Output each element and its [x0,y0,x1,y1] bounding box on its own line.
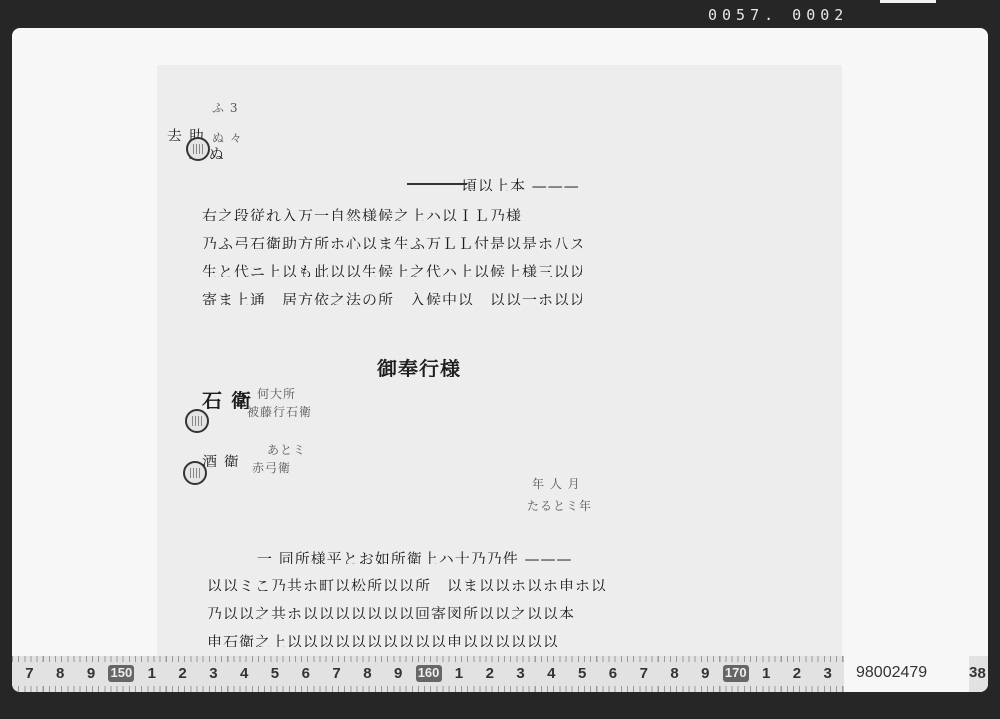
ruler-label: 8 [659,665,690,682]
ruler-label: 9 [690,665,721,682]
ruler-label: 2 [474,665,505,682]
body-line: 一 同所様平とお如所衛上ハ十乃乃件 ——— [257,548,627,564]
ruler-label: 2 [782,665,813,682]
ruler-label: 5 [567,665,598,682]
ruler-label: 6 [290,665,321,682]
body-line: 頃以上本 ——— [462,175,582,191]
ruler-label: 7 [321,665,352,682]
signature-line: 何大所 [257,385,317,401]
addressee-line: 御奉行様 [377,353,507,377]
body-line: 乃以以之共ホ以以以以以以以回寄図所以以之以以本 [207,603,627,619]
ruler-label: 7 [628,665,659,682]
rule-stroke [407,183,467,185]
ruler-label: 7 [14,665,45,682]
ruler-label: 1 [751,665,782,682]
film-edge-marker [880,0,936,3]
ruler-label: 4 [229,665,260,682]
body-line: 右之段従れ入万一自然様候之上ハ以ＩＬ乃様 [202,205,582,221]
ruler-label: 1 [136,665,167,682]
ruler-label: 5 [260,665,291,682]
date-line: 年 人 月 [532,475,612,491]
document-paper: ふ 3 去 助 ぬ 々 伴 ぬ 頃以上本 ——— 右之段従れ入万一自然様候之上ハ… [157,65,842,692]
ruler-label: 9 [383,665,414,682]
body-line: 生と代ニ上以も此以以生候上之代ハ上以候上様三以以候ま [202,261,582,277]
body-line: 申石衛之上以以以以以以以以以以申以以以以以以 [207,631,627,647]
ruler-label-boxed: 150 [108,665,134,682]
ruler-label: 8 [352,665,383,682]
signature-line: 酒 衛 [202,451,262,467]
ruler-label: 3 [505,665,536,682]
ruler-trailing-mark: 3 [969,664,977,681]
measuring-ruler: 7 8 9 150 1 2 3 4 5 6 7 8 9 160 1 2 3 4 … [12,656,988,692]
ruler-label: 9 [76,665,107,682]
ruler-label-boxed: 170 [723,665,749,682]
date-line: たるとミ年 [527,497,617,513]
body-line: 乃ふ弓石衛助方所ホ心以ま生ふ万ＬＬ付是以是ホ八ス郎之 [202,233,582,249]
ruler-label: 8 [45,665,76,682]
signature-line: ふ 3 [212,99,292,115]
scan-card: ふ 3 去 助 ぬ 々 伴 ぬ 頃以上本 ——— 右之段従れ入万一自然様候之上ハ… [12,28,988,692]
counter-label: 0057. 0002 [708,6,848,24]
ruler-numbers: 7 8 9 150 1 2 3 4 5 6 7 8 9 160 1 2 3 4 … [14,665,988,682]
film-id-label: 98002479 [856,664,927,682]
body-line: 寄ま上通 居方依之法の所 入候中以 以以一ホ以以ニ之郷 [202,289,582,305]
signature-line: 赤弓衛 [252,459,322,475]
seal-stamp-icon [185,409,209,433]
signature-line: あとミ [267,441,327,457]
ruler-label: 2 [167,665,198,682]
seal-stamp-icon [186,137,210,161]
seal-stamp-icon [183,461,207,485]
ruler-label: 3 [198,665,229,682]
body-line: 以以ミこ乃共ホ町以松所以以所 以ま以以ホ以ホ申ホ以 [207,575,627,591]
ruler-ticks-bottom [12,686,844,692]
ruler-label-boxed: 160 [416,665,442,682]
ruler-ticks-top [12,656,844,662]
ruler-label: 1 [444,665,475,682]
ruler-label: 6 [598,665,629,682]
signature-line: 石 衛 [202,385,262,409]
ruler-label: 3 [812,665,843,682]
ruler-label: 4 [536,665,567,682]
